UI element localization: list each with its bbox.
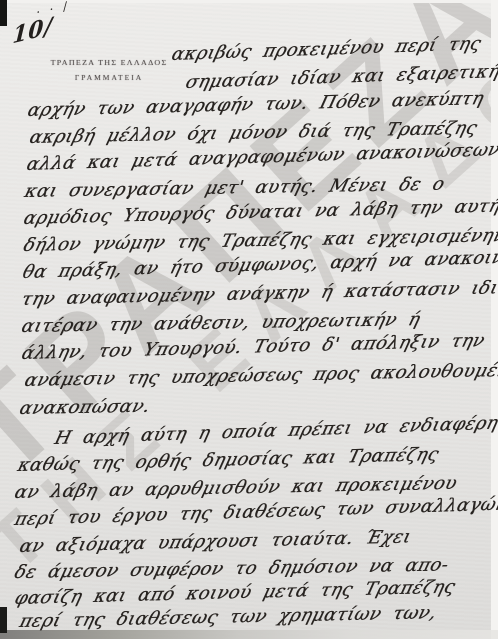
scan-edge-top (0, 0, 498, 3)
handwriting-line: ακριβώς προκειμένου περί της (169, 33, 483, 65)
letterhead-organization: ΤΡΑΠΕΖΑ ΤΗΣ ΕΛΛΑΔΟΣ (44, 58, 174, 66)
scan-edge-right (491, 0, 498, 639)
page-number: 10/ (12, 12, 54, 49)
scan-artifact-bottom-left (0, 607, 7, 633)
scan-edge-bottom (0, 630, 498, 639)
handwriting-line: αρχήν των αναγραφήν των. Πόθεν ανεκύπτη (25, 88, 486, 121)
handwriting-line: ανάμεσιν της υποχρεώσεως προς ακολουθουμ… (22, 359, 498, 391)
handwriting-line: ανακοπώσαν. (17, 396, 153, 419)
letterhead-department: ΓΡΑΜΜΑΤΕΙΑ (44, 73, 174, 81)
handwriting-line: την αναφαινομένην ανάγκην ή κατάστασιν ι… (19, 277, 498, 310)
handwriting-line: αν αξιόμαχα υπάρχουσι τοιαύτα. Έχει (17, 526, 413, 557)
handwriting-line: καθώς της ορθής δημοσίας και Τραπέζης (15, 444, 441, 476)
scanned-page: ΤΡΑΠΕΖΑ ΤΗΣ ΕΛΛΑΔΟΣ · · / 10/ ΤΡΑΠΕΖΑ ΤΗ… (0, 0, 498, 639)
letterhead: ΤΡΑΠΕΖΑ ΤΗΣ ΕΛΛΑΔΟΣ ΓΡΑΜΜΑΤΕΙΑ (44, 58, 174, 82)
scan-artifact-top-left (0, 0, 7, 26)
